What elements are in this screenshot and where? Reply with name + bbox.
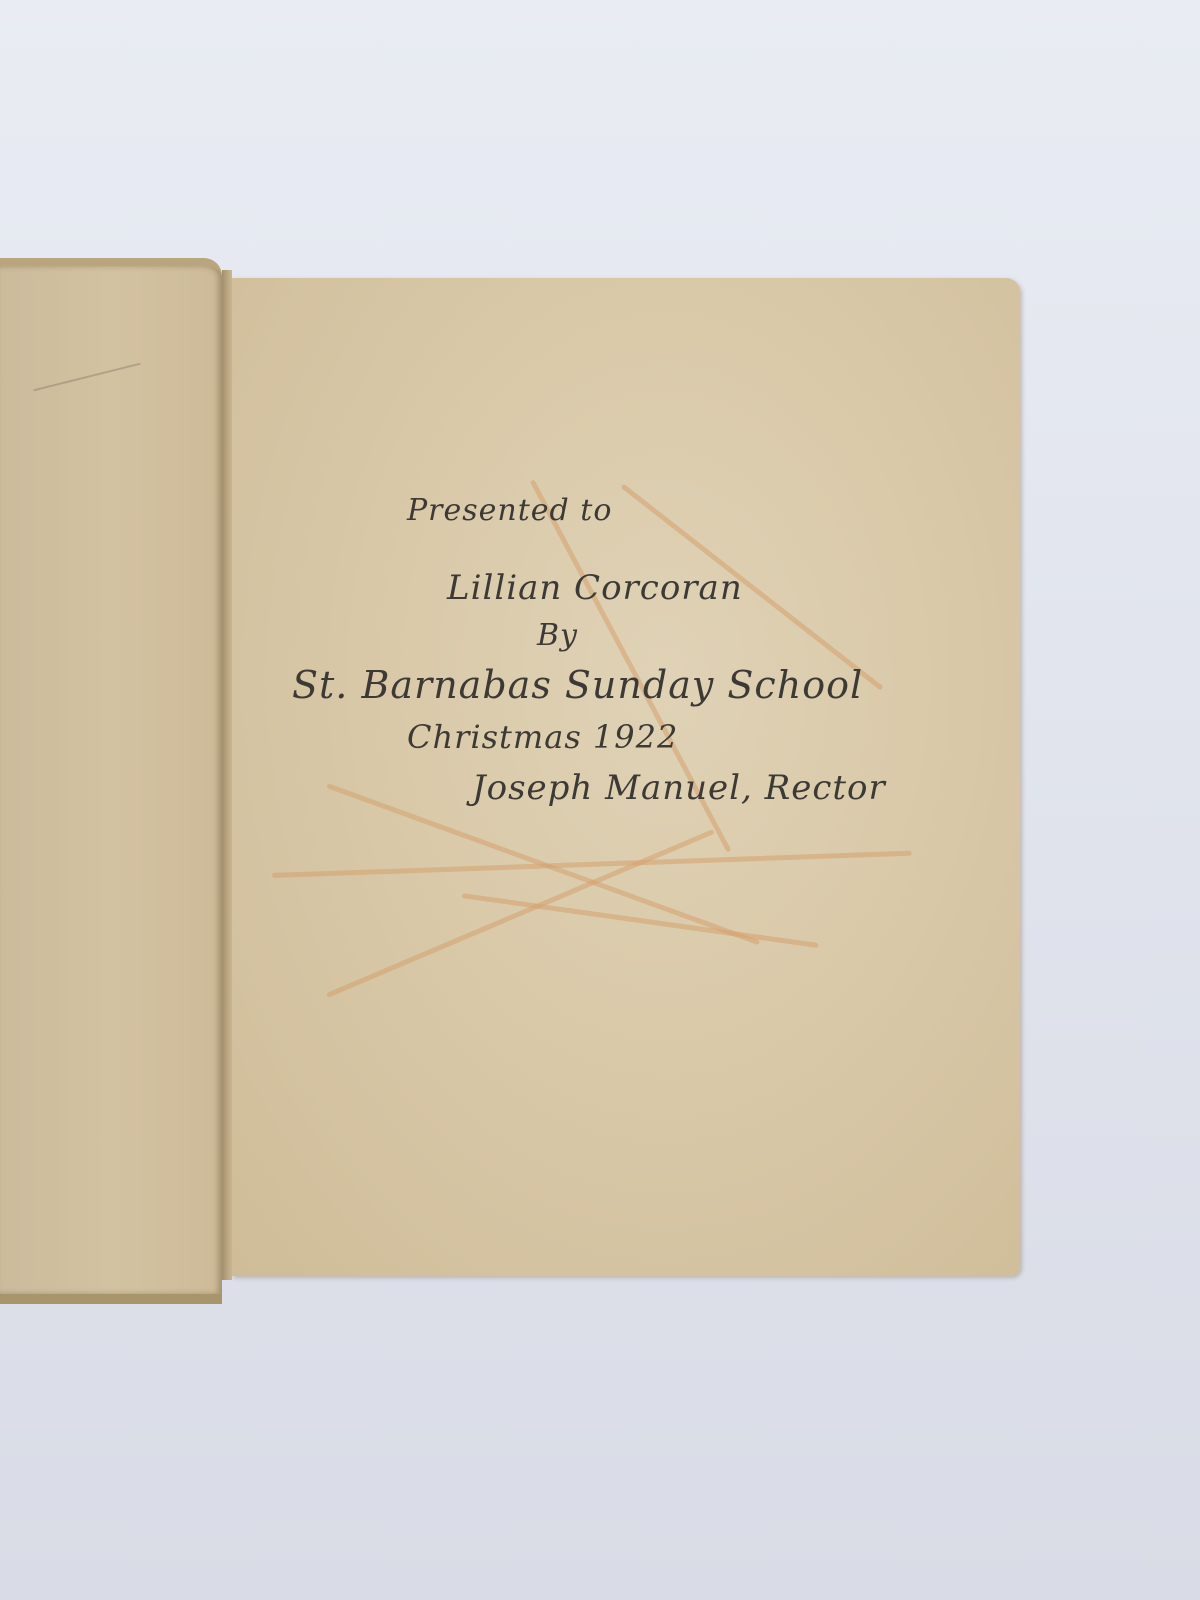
inscription-line-date: Christmas 1922 — [407, 718, 678, 756]
faint-pencil-marks — [22, 346, 142, 446]
inscription-line-by: By — [537, 618, 578, 653]
presentation-inscription: Presented to Lillian Corcoran By St. Bar… — [232, 278, 1020, 1276]
book-right-endpaper: Presented to Lillian Corcoran By St. Bar… — [232, 278, 1020, 1276]
pencil-stroke — [33, 363, 140, 392]
inscription-line-recipient: Lillian Corcoran — [447, 568, 743, 608]
book-gutter — [222, 270, 232, 1280]
inscription-line-presented: Presented to — [407, 493, 612, 528]
book-left-endpaper — [0, 258, 222, 1304]
inscription-line-signature: Joseph Manuel, Rector — [472, 768, 886, 808]
inscription-line-giver: St. Barnabas Sunday School — [292, 663, 863, 707]
